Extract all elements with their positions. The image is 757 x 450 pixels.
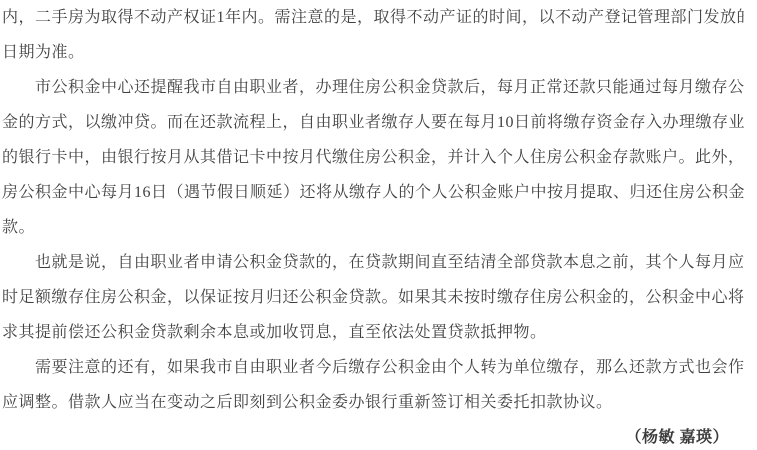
article-page: 内，二手房为取得不动产权证1年内。需注意的是，取得不动产证的时间，以不动产登记管… (0, 0, 757, 450)
text-line: 时足额缴存住房公积金，以保证按月归还公积金贷款。如果其未按时缴存住房公积金的，公… (2, 280, 744, 315)
text-line: 金的方式，以缴冲贷。而在还款流程上，自由职业者缴存人要在每月10日前将缴存资金存… (2, 105, 744, 140)
text-line: 款。 (2, 210, 744, 245)
text-line: 应调整。借款人应当在变动之后即刻到公积金委办银行重新签订相关委托扣款协议。 (2, 385, 744, 420)
text-line: 的银行卡中，由银行按月从其借记卡中按月代缴住房公积金，并计入个人住房公积金存款账… (2, 140, 744, 175)
text-line: 需要注意的还有，如果我市自由职业者今后缴存公积金由个人转为单位缴存，那么还款方式… (2, 350, 744, 385)
article-body: 内，二手房为取得不动产权证1年内。需注意的是，取得不动产证的时间，以不动产登记管… (2, 0, 744, 450)
paragraph: 也就是说，自由职业者申请公积金贷款的，在贷款期间直至结清全部贷款本息之前，其个人… (2, 245, 744, 350)
paragraph: 市公积金中心还提醒我市自由职业者，办理住房公积金贷款后，每月正常还款只能通过每月… (2, 70, 744, 245)
paragraph: 内，二手房为取得不动产权证1年内。需注意的是，取得不动产证的时间，以不动产登记管… (2, 0, 744, 70)
text-line: 也就是说，自由职业者申请公积金贷款的，在贷款期间直至结清全部贷款本息之前，其个人… (2, 245, 744, 280)
text-line: 求其提前偿还公积金贷款剩余本息或加收罚息，直至依法处置贷款抵押物。 (2, 315, 744, 350)
text-line: 日期为准。 (2, 35, 744, 70)
paragraph: 需要注意的还有，如果我市自由职业者今后缴存公积金由个人转为单位缴存，那么还款方式… (2, 350, 744, 420)
text-line: 市公积金中心还提醒我市自由职业者，办理住房公积金贷款后，每月正常还款只能通过每月… (2, 70, 744, 105)
text-line: 房公积金中心每月16日（遇节假日顺延）还将从缴存人的个人公积金账户中按月提取、归… (2, 175, 744, 210)
byline: （杨敏 嘉瑛） (2, 420, 744, 450)
text-line: 内，二手房为取得不动产权证1年内。需注意的是，取得不动产证的时间，以不动产登记管… (2, 0, 744, 35)
